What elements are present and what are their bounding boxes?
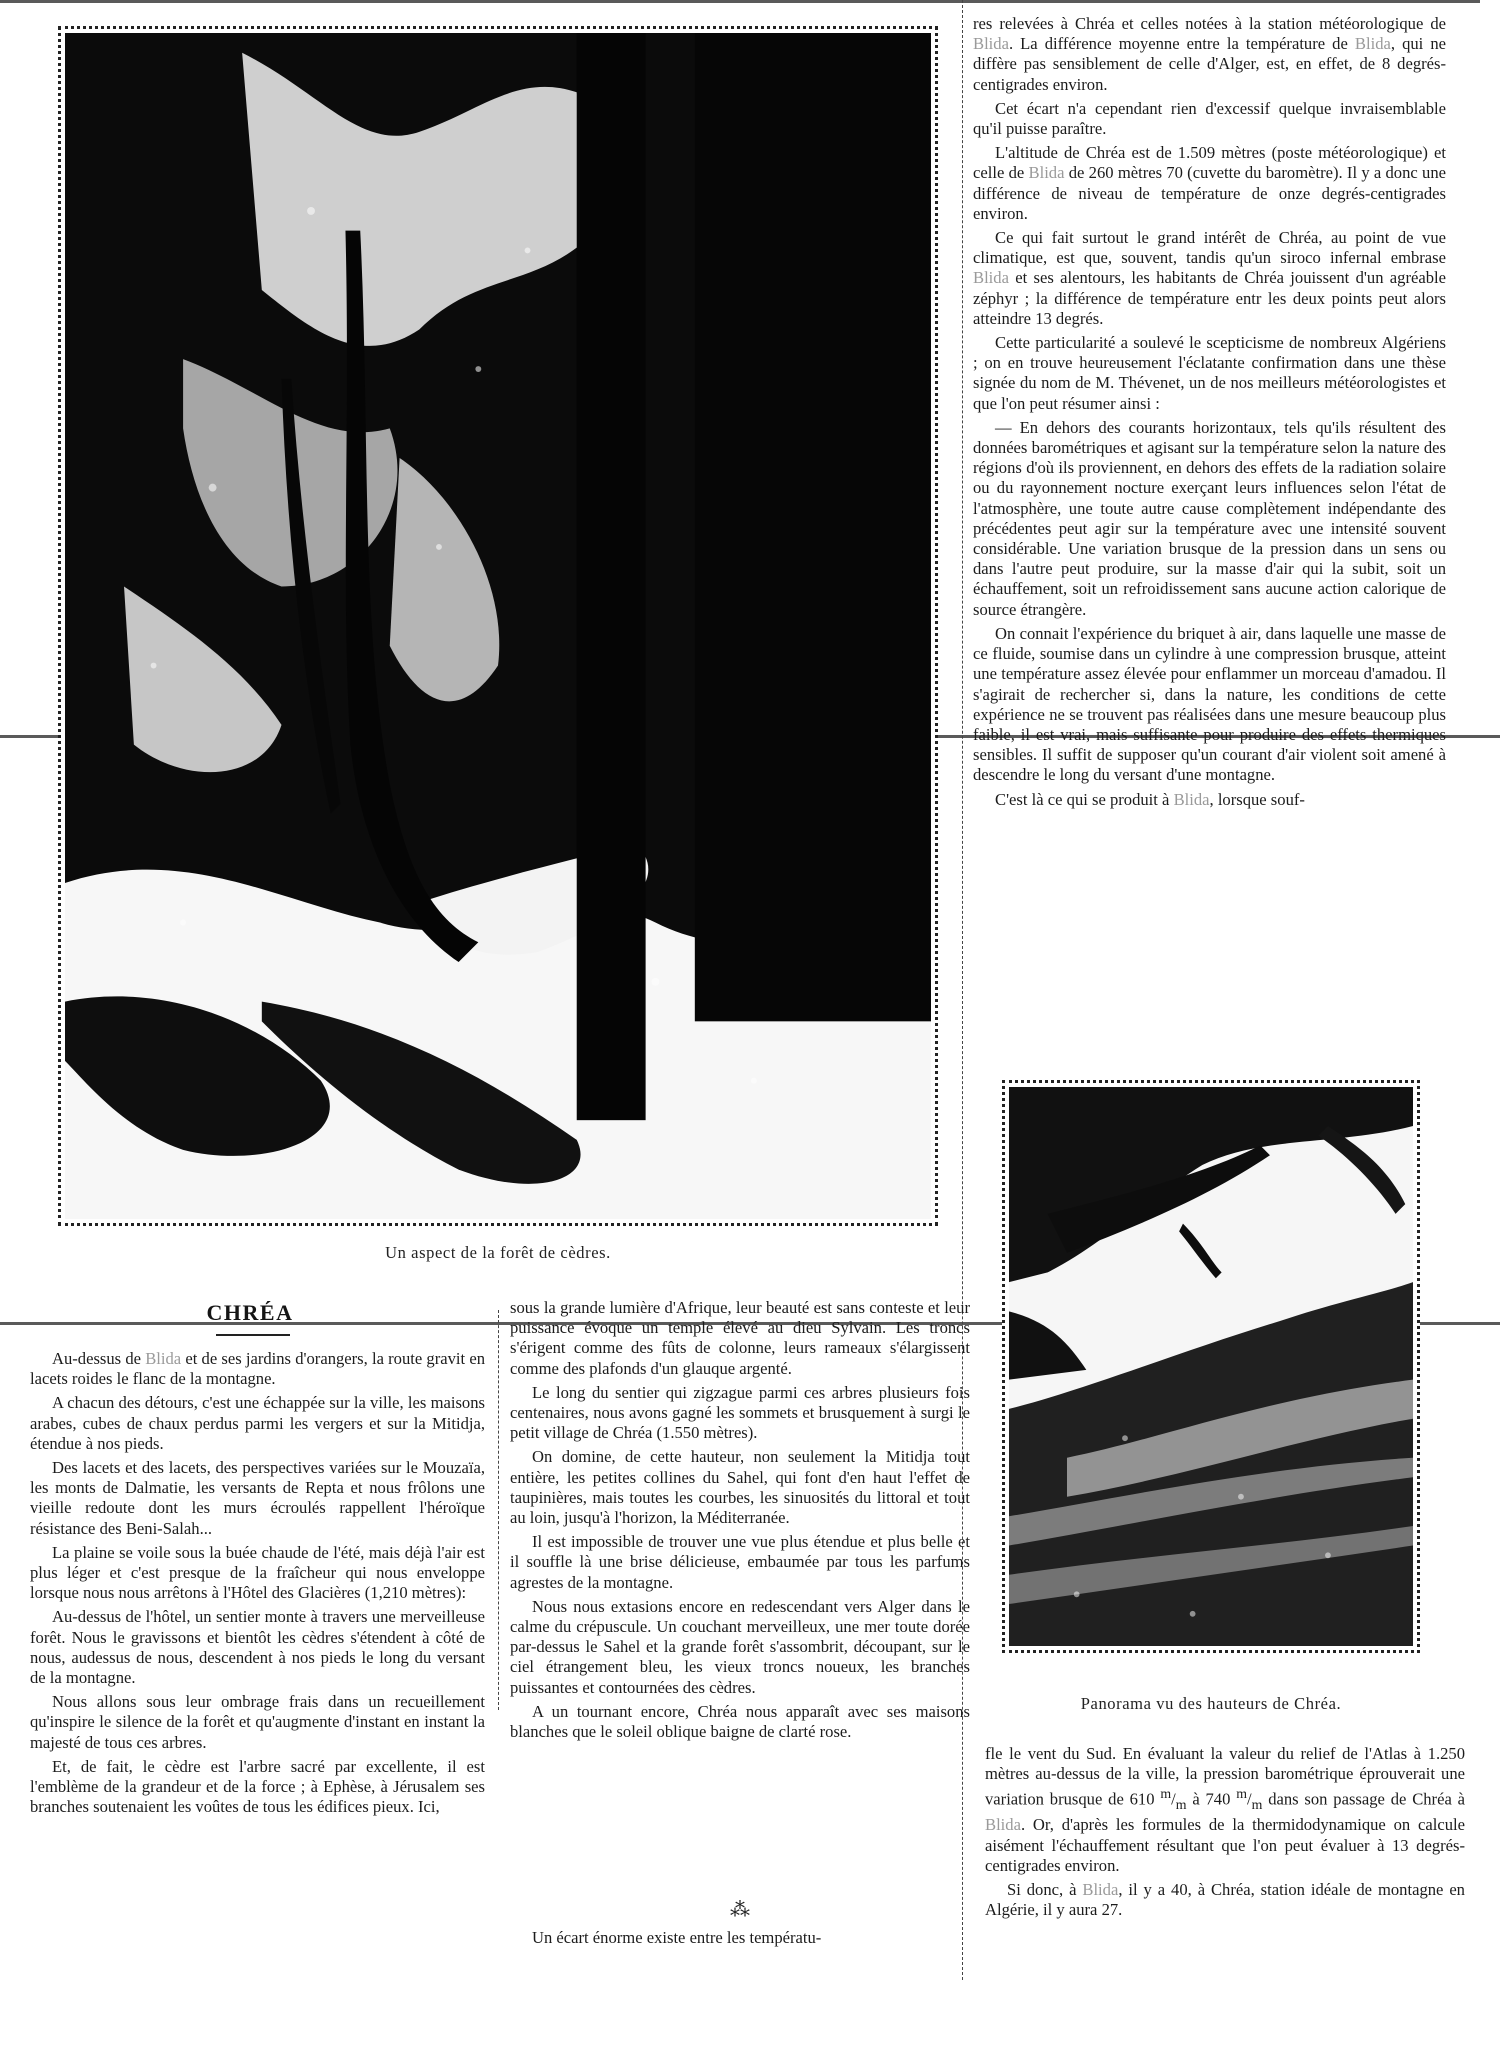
scan-line-top xyxy=(0,0,1480,3)
place-name-blida: Blida xyxy=(1082,1880,1118,1899)
panorama-photo xyxy=(1002,1080,1420,1653)
forest-photo-image xyxy=(65,33,931,1219)
paragraph: sous la grande lumière d'Afrique, leur b… xyxy=(510,1298,970,1379)
left-column: Au-dessus de Blida et de ses jardins d'o… xyxy=(30,1349,485,1821)
place-name-blida: Blida xyxy=(1029,163,1065,182)
paragraph: Ce qui fait surtout le grand intérêt de … xyxy=(973,228,1446,329)
place-name-blida: Blida xyxy=(973,34,1009,53)
paragraph: A chacun des détours, c'est une échappée… xyxy=(30,1393,485,1454)
forest-photo xyxy=(58,26,938,1226)
paragraph: Le long du sentier qui zigzague parmi ce… xyxy=(510,1383,970,1444)
place-name-blida: Blida xyxy=(1174,790,1210,809)
place-name-blida: Blida xyxy=(145,1349,181,1368)
paragraph: Au-dessus de l'hôtel, un sentier monte à… xyxy=(30,1607,485,1688)
paragraph: Et, de fait, le cèdre est l'arbre sacré … xyxy=(30,1757,485,1818)
right-column-bottom: fle le vent du Sud. En évaluant la valeu… xyxy=(985,1744,1465,1924)
paragraph: Nous allons sous leur ombrage frais dans… xyxy=(30,1692,485,1753)
paragraph: Cet écart n'a cependant rien d'excessif … xyxy=(973,99,1446,139)
paragraph: Au-dessus de Blida et de ses jardins d'o… xyxy=(30,1349,485,1389)
paragraph: On connait l'expérience du briquet à air… xyxy=(973,624,1446,786)
section-separator-asterism: ⁂ xyxy=(510,1900,970,1920)
paragraph: La plaine se voile sous la buée chaude d… xyxy=(30,1543,485,1604)
column-divider-left xyxy=(498,1310,499,1710)
middle-column-continuation: Un écart énorme existe entre les tempéra… xyxy=(510,1928,970,1952)
paragraph: Cette particularité a soulevé le sceptic… xyxy=(973,333,1446,414)
paragraph: Un écart énorme existe entre les tempéra… xyxy=(510,1928,970,1948)
place-name-blida: Blida xyxy=(973,268,1009,287)
middle-column: sous la grande lumière d'Afrique, leur b… xyxy=(510,1298,970,1746)
panorama-photo-image xyxy=(1009,1087,1413,1646)
paragraph: Des lacets et des lacets, des perspectiv… xyxy=(30,1458,485,1539)
forest-photo-caption: Un aspect de la forêt de cèdres. xyxy=(58,1243,938,1263)
panorama-photo-caption: Panorama vu des hauteurs de Chréa. xyxy=(1002,1694,1420,1714)
paragraph: res relevées à Chréa et celles notées à … xyxy=(973,14,1446,95)
right-column-top: res relevées à Chréa et celles notées à … xyxy=(973,14,1446,814)
paragraph: Nous nous extasions encore en redescenda… xyxy=(510,1597,970,1698)
paragraph: C'est là ce qui se produit à Blida, lors… xyxy=(973,790,1446,810)
paragraph: — En dehors des courants horizontaux, te… xyxy=(973,418,1446,620)
paragraph: Si donc, à Blida, il y a 40, à Chréa, st… xyxy=(985,1880,1465,1920)
paragraph: fle le vent du Sud. En évaluant la valeu… xyxy=(985,1744,1465,1876)
place-name-blida: Blida xyxy=(985,1815,1021,1834)
article-title: CHRÉA xyxy=(30,1300,470,1326)
paragraph: Il est impossible de trouver une vue plu… xyxy=(510,1532,970,1593)
place-name-blida: Blida xyxy=(1355,34,1391,53)
paragraph: A un tournant encore, Chréa nous apparaî… xyxy=(510,1702,970,1742)
paragraph: On domine, de cette hauteur, non seuleme… xyxy=(510,1447,970,1528)
title-underline xyxy=(216,1334,290,1336)
paragraph: L'altitude de Chréa est de 1.509 mètres … xyxy=(973,143,1446,224)
